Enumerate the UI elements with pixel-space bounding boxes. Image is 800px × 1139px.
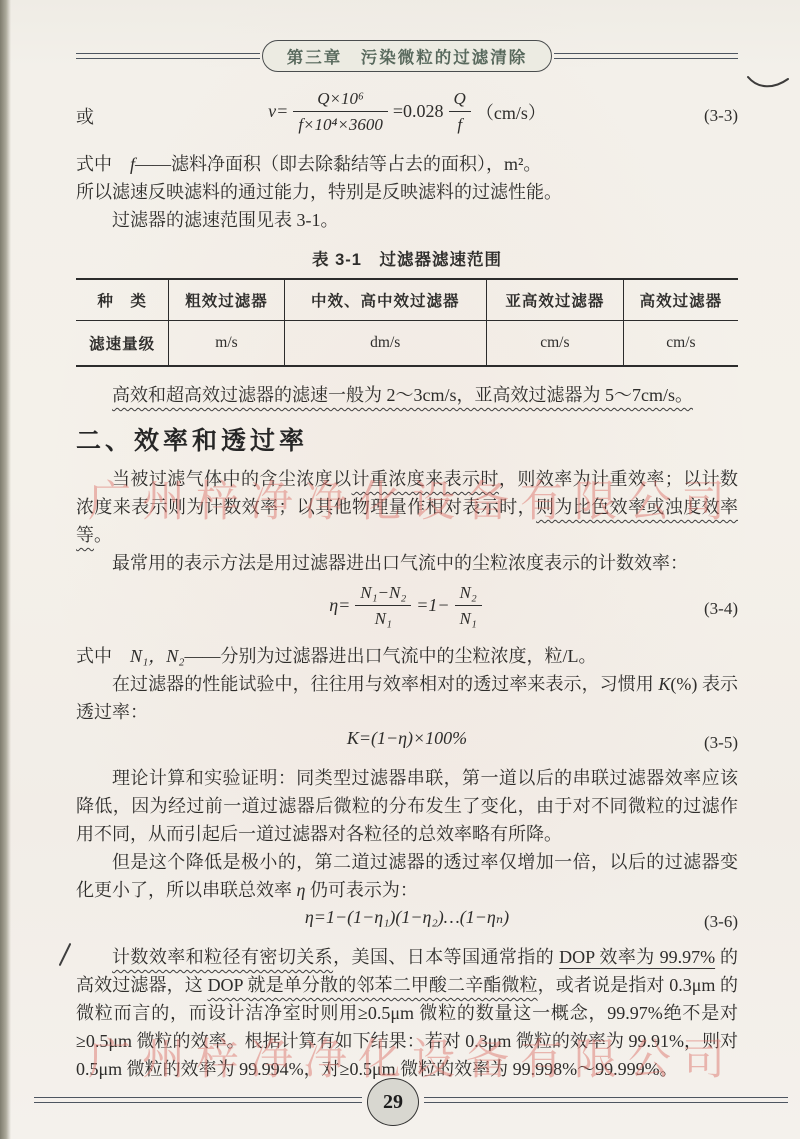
eq-3-3-coefficient: =0.028 xyxy=(393,101,444,122)
equation-3-3: 或 v= Q×10⁶ f×10⁴×3600 =0.028 Q f （cm/s） … xyxy=(76,88,738,144)
variables-n1-n2: N₁，N₂ xyxy=(130,646,185,666)
paragraph-penetration-intro: 在过滤器的性能试验中，往往用与效率相对的透过率来表示，习惯用 K(%) 表示透过… xyxy=(76,670,738,726)
table-cell-hepa-value: cm/s xyxy=(623,321,738,367)
paragraph-series-total-efficiency: 但是这个降低是极小的，第二道过滤器的透过率仅增加一倍，以后的过滤器变化更小了，所… xyxy=(76,848,738,904)
eq-3-3-lead-word: 或 xyxy=(76,103,94,129)
page-footer: 29 xyxy=(0,1078,800,1134)
table-header-coarse-filter: 粗效过滤器 xyxy=(169,279,284,321)
header-rule-right xyxy=(554,53,738,59)
section-heading-efficiency: 二、效率和透过率 xyxy=(76,421,738,457)
eq-3-3-number: (3-3) xyxy=(704,106,738,126)
page-content: 第三章 污染微粒的过滤清除 或 v= Q×10⁶ f×10⁴×3600 =0.0… xyxy=(0,40,800,1083)
table-data-row: 滤速量级 m/s dm/s cm/s cm/s xyxy=(76,321,738,367)
table-header-category: 种 类 xyxy=(76,279,169,321)
eq-3-3-denominator-2: f xyxy=(449,112,471,135)
underlined-dop-9997: DOP 效率为 99.97% xyxy=(559,947,715,967)
equation-3-5: K=(1−η)×100% (3-5) xyxy=(76,728,738,758)
seg: 仍可表示为： xyxy=(305,880,418,900)
legend-text: ——分别为过滤器进出口气流中的尘粒浓度，粒/L。 xyxy=(185,646,597,666)
table-header-row: 种 类 粗效过滤器 中效、高中效过滤器 亚高效过滤器 高效过滤器 xyxy=(76,279,738,321)
seg: 。 xyxy=(94,525,112,545)
footer-rule-left xyxy=(34,1097,362,1103)
underlined-counting-efficiency: 计数效率和粒径有密切关系 xyxy=(112,947,333,967)
eq-3-3-unit: （cm/s） xyxy=(476,99,546,125)
table-cell-coarse-value: m/s xyxy=(169,321,284,367)
table-header-medium-filter: 中效、高中效过滤器 xyxy=(284,279,486,321)
table-3-1: 种 类 粗效过滤器 中效、高中效过滤器 亚高效过滤器 高效过滤器 滤速量级 m/… xyxy=(76,278,738,367)
header-rule-left xyxy=(76,53,260,59)
paragraph-dop-efficiency: 计数效率和粒径有密切关系，美国、日本等国通常指的 DOP 效率为 99.97% … xyxy=(76,943,738,1083)
paragraph-table-reference: 过滤器的滤速范围见表 3-1。 xyxy=(76,206,738,234)
eq-3-4-denominator-2: N₁ xyxy=(455,606,482,629)
table-3-1-caption: 表 3-1 过滤器滤速范围 xyxy=(76,246,738,270)
scanned-book-page: 第三章 污染微粒的过滤清除 或 v= Q×10⁶ f×10⁴×3600 =0.0… xyxy=(0,0,800,1139)
eq-3-6-formula: η=1−(1−η₁)(1−η₂)…(1−ηₙ) xyxy=(305,907,509,928)
table-row-label: 滤速量级 xyxy=(76,321,169,367)
eq-3-4-formula: η= N₁−N₂ N₁ =1− N₂ N₁ xyxy=(329,582,485,630)
eq-3-3-denominator: f×10⁴×3600 xyxy=(293,112,388,135)
chapter-header: 第三章 污染微粒的过滤清除 xyxy=(76,40,738,72)
paragraph-efficiency-types: 当被过滤气体中的含尘浓度以计重浓度来表示时，则效率为计重效率；以计数浓度来表示则… xyxy=(76,465,738,549)
eq-3-4-denominator-1: N₁ xyxy=(355,606,411,629)
eq-3-5-formula: K=(1−η)×100% xyxy=(347,728,467,749)
eq-3-4-fraction-2: N₂ N₁ xyxy=(455,582,482,630)
underlined-weight-concentration: 计重浓度来表示时 xyxy=(352,469,499,489)
eq-3-4-mid: =1− xyxy=(416,595,449,616)
table-cell-sub-hepa-value: cm/s xyxy=(486,321,623,367)
table-header-hepa-filter: 高效过滤器 xyxy=(623,279,738,321)
eq-3-5-number: (3-5) xyxy=(704,733,738,753)
eq-3-3-formula: v= Q×10⁶ f×10⁴×3600 =0.028 Q f （cm/s） xyxy=(268,88,546,136)
seg: ，美国、日本等国通常指的 xyxy=(333,947,559,967)
eq-3-4-number: (3-4) xyxy=(704,599,738,619)
legend-text: ——滤料净面积（即去除黏结等占去的面积），m²。 xyxy=(135,154,541,174)
eq-3-3-numerator-2: Q xyxy=(449,88,471,112)
paragraph-series-filters-theory: 理论计算和实验证明：同类型过滤器串联，第一道以后的串联过滤器效率应该降低，因为经… xyxy=(76,764,738,848)
paragraph-velocity-summary: 高效和超高效过滤器的滤速一般为 2～3cm/s，亚高效过滤器为 5～7cm/s。 xyxy=(76,381,738,409)
variable-k: K xyxy=(658,674,670,694)
legend-prefix: 式中 xyxy=(76,154,130,174)
eq-3-4-fraction-1: N₁−N₂ N₁ xyxy=(355,582,411,630)
paragraph-formula-legend-f: 式中 f——滤料净面积（即去除黏结等占去的面积），m²。 xyxy=(76,150,738,178)
eq-3-3-lhs: v= xyxy=(268,101,288,122)
eq-3-6-number: (3-6) xyxy=(704,912,738,932)
table-header-sub-hepa-filter: 亚高效过滤器 xyxy=(486,279,623,321)
scan-edge-shadow xyxy=(0,0,11,1139)
paragraph-formula-legend-n: 式中 N₁，N₂——分别为过滤器进出口气流中的尘粒浓度，粒/L。 xyxy=(76,642,738,670)
paragraph-filtration-capacity: 所以滤速反映滤料的通过能力，特别是反映滤料的过滤性能。 xyxy=(76,178,738,206)
eq-3-3-numerator: Q×10⁶ xyxy=(293,88,388,112)
pen-mark-curve xyxy=(746,74,790,90)
seg: 在过滤器的性能试验中，往往用与效率相对的透过率来表示，习惯用 xyxy=(112,674,658,694)
underlined-dop-definition: DOP 就是单分散的邻苯二甲酸二辛酯微粒 xyxy=(208,975,538,995)
seg: 当被过滤气体中的含尘浓度以 xyxy=(112,469,352,489)
paragraph-counting-efficiency-intro: 最常用的表示方法是用过滤器进出口气流中的尘粒浓度表示的计数效率： xyxy=(76,549,738,577)
eq-3-3-fraction-1: Q×10⁶ f×10⁴×3600 xyxy=(293,88,388,136)
footer-rule-right xyxy=(424,1097,788,1103)
eq-3-4-numerator-2: N₂ xyxy=(455,582,482,606)
eq-3-4-lhs: η= xyxy=(329,595,350,616)
page-number: 29 xyxy=(383,1091,403,1114)
legend-prefix: 式中 xyxy=(76,646,130,666)
pen-slash-mark xyxy=(59,943,72,966)
table-cell-medium-value: dm/s xyxy=(284,321,486,367)
eq-3-4-numerator-1: N₁−N₂ xyxy=(355,582,411,606)
equation-3-4: η= N₁−N₂ N₁ =1− N₂ N₁ (3-4) xyxy=(76,582,738,636)
chapter-title-pill: 第三章 污染微粒的过滤清除 xyxy=(262,40,553,72)
chapter-title: 第三章 污染微粒的过滤清除 xyxy=(287,49,528,67)
page-number-badge: 29 xyxy=(367,1078,419,1126)
eq-3-3-fraction-2: Q f xyxy=(449,88,471,136)
equation-3-6: η=1−(1−η₁)(1−η₂)…(1−ηₙ) (3-6) xyxy=(76,907,738,937)
velocity-summary-underlined: 高效和超高效过滤器的滤速一般为 2～3cm/s，亚高效过滤器为 5～7cm/s。 xyxy=(112,385,693,405)
